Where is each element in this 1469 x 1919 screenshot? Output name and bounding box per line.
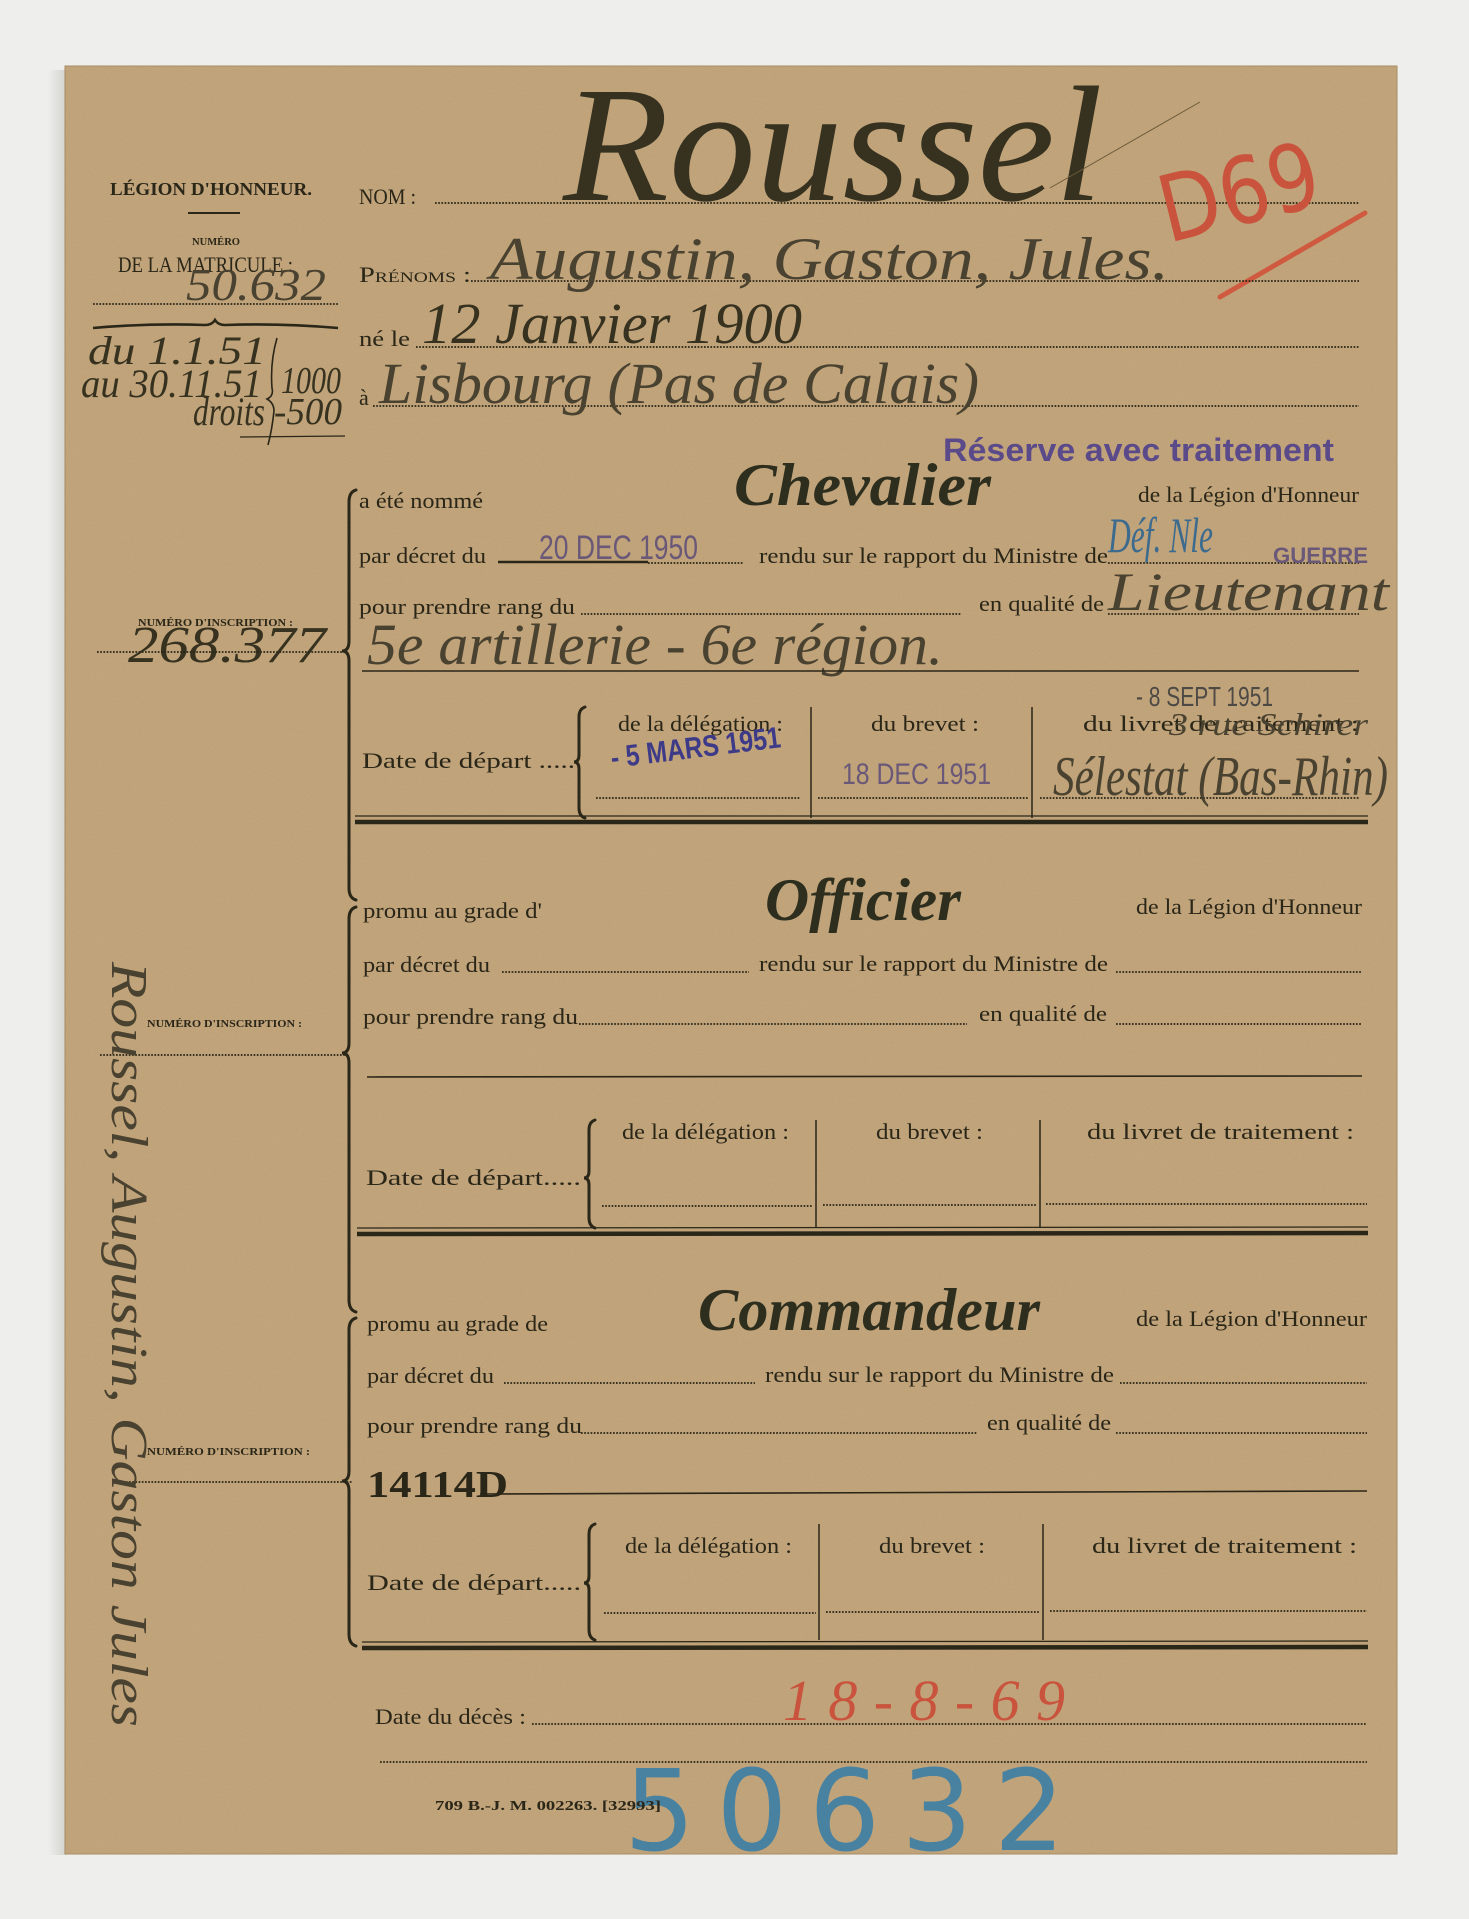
commandeur-delegation-label: de la délégation :	[625, 1533, 792, 1558]
commandeur-livret-label: du livret de traitement :	[1092, 1533, 1357, 1558]
treatment-amount-2: -500	[274, 391, 342, 433]
chevalier-report-label: rendu sur le rapport du Ministre de	[759, 543, 1108, 568]
officier-intro-label: promu au grade d'	[363, 898, 542, 923]
commandeur-brevet-label: du brevet :	[879, 1533, 985, 1558]
officier-extra-line	[367, 1076, 1362, 1077]
officier-order-suffix: de la Légion d'Honneur	[1136, 894, 1363, 919]
printer-mark: 709 B.-J. M. 002263. [32993]	[435, 1799, 661, 1814]
chevalier-livret-address: 3 rue Schirer	[1168, 706, 1369, 742]
officier-report-label: rendu sur le rapport du Ministre de	[759, 951, 1108, 976]
officier-quality-label: en qualité de	[979, 1001, 1107, 1026]
commandeur-departure-label: Date de départ.....	[367, 1570, 581, 1595]
commandeur-intro-label: promu au grade de	[367, 1311, 548, 1336]
officier-rank-label: pour prendre rang du	[363, 1004, 578, 1029]
chevalier-order-suffix: de la Légion d'Honneur	[1138, 482, 1360, 507]
chevalier-unit-line: 5e artillerie - 6e région.	[367, 612, 943, 677]
birth-place-value: Lisbourg (Pas de Calais)	[378, 351, 979, 416]
commandeur-report-label: rendu sur le rapport du Ministre de	[765, 1362, 1114, 1387]
reserve-stamp: Réserve avec traitement	[943, 432, 1334, 468]
chevalier-quality-value: Lieutenant	[1107, 562, 1392, 622]
scan-background: LÉGION D'HONNEUR. NUMÉRO DE LA MATRICULE…	[0, 0, 1469, 1919]
officier-delegation-label: de la délégation :	[622, 1119, 789, 1144]
nom-label: NOM :	[359, 184, 416, 209]
officier-brevet-label: du brevet :	[876, 1119, 983, 1144]
grade-title-officier: Officier	[765, 867, 962, 933]
chevalier-intro-label: a été nommé	[359, 488, 483, 513]
matricule-value: 50.632	[186, 259, 326, 310]
chevalier-livret-value: Sélestat (Bas-Rhin)	[1053, 746, 1388, 808]
document-page: LÉGION D'HONNEUR. NUMÉRO DE LA MATRICULE…	[0, 0, 1469, 1919]
chevalier-decree-stamp: 20 DEC 1950	[539, 529, 698, 567]
nom-value: Roussel	[562, 53, 1103, 236]
commandeur-quality-label: en qualité de	[987, 1410, 1111, 1435]
page-edge-shadow	[48, 70, 66, 1855]
death-date-label: Date du décès :	[375, 1704, 526, 1729]
chevalier-brevet-stamp: 18 DEC 1951	[842, 758, 991, 791]
commandeur-reference-code: 14114D	[367, 1464, 508, 1506]
chevalier-brevet-label: du brevet :	[871, 711, 979, 736]
inscription-label-officier: NUMÉRO D'INSCRIPTION :	[147, 1018, 302, 1030]
birth-date-value: 12 Janvier 1900	[422, 291, 802, 356]
prenoms-value: Augustin, Gaston, Jules.	[485, 226, 1169, 292]
chevalier-minister-value: Déf. Nle	[1107, 507, 1213, 563]
commandeur-decree-label: par décret du	[367, 1363, 494, 1388]
prenoms-label: Prénoms :	[359, 262, 471, 287]
commandeur-order-suffix: de la Légion d'Honneur	[1136, 1306, 1368, 1331]
grade-title-chevalier: Chevalier	[734, 452, 992, 518]
chevalier-quality-label: en qualité de	[979, 591, 1104, 616]
grade-title-commandeur: Commandeur	[698, 1277, 1041, 1343]
commandeur-bottom-rule-thick	[362, 1647, 1368, 1648]
commandeur-rank-label: pour prendre rang du	[367, 1413, 582, 1438]
registry-number-blue: 50632	[624, 1747, 1065, 1877]
chevalier-decree-label: par décret du	[359, 543, 486, 568]
birth-date-label: né le	[359, 326, 410, 351]
margin-name-vertical: Roussel, Augustin, Gaston Jules	[100, 961, 157, 1727]
numero-label: NUMÉRO	[192, 236, 240, 248]
officier-livret-label: du livret de traitement :	[1087, 1119, 1354, 1144]
treatment-rights-label: droits	[193, 389, 265, 434]
officier-decree-label: par décret du	[363, 952, 490, 977]
chevalier-departure-label: Date de départ .....	[362, 748, 575, 773]
birth-place-label: à	[359, 385, 369, 410]
officier-bottom-rule-thick	[357, 1233, 1368, 1234]
order-title: LÉGION D'HONNEUR.	[110, 178, 312, 199]
inscription-label-commandeur: NUMÉRO D'INSCRIPTION :	[147, 1446, 310, 1458]
officier-departure-label: Date de départ.....	[366, 1165, 581, 1190]
inscription-value-chevalier: 268.377	[128, 617, 328, 674]
